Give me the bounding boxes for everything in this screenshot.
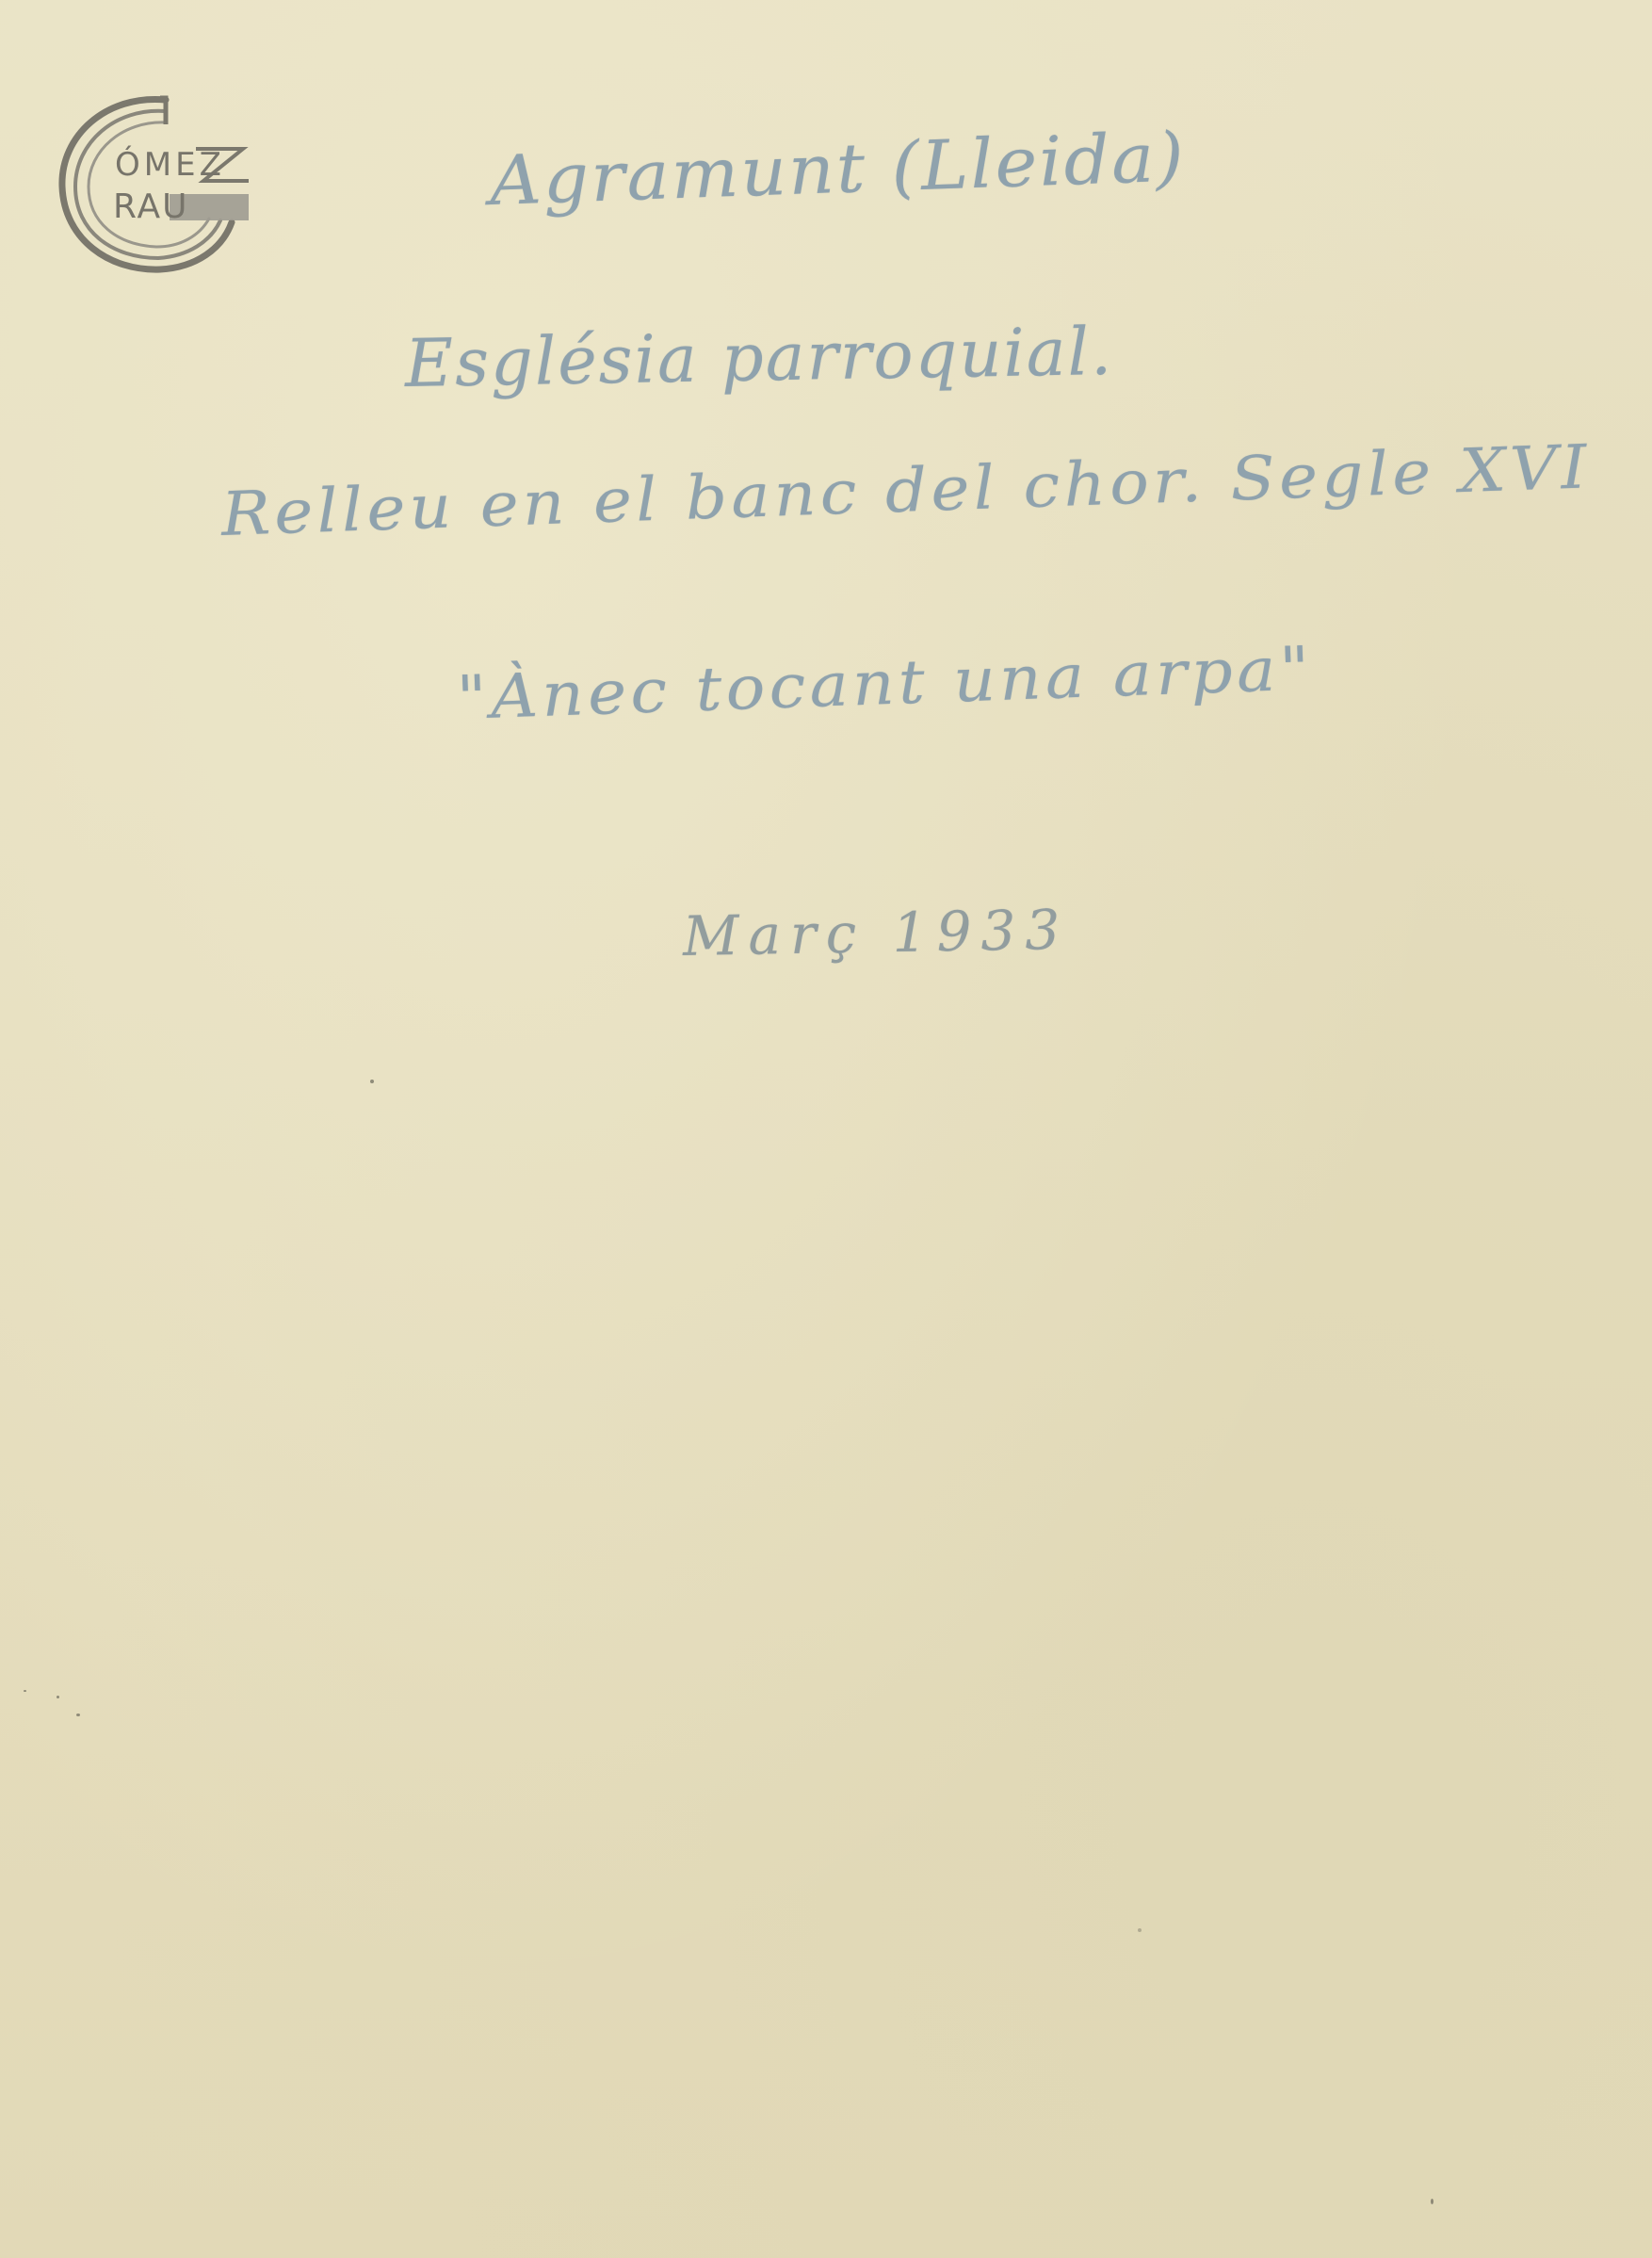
inscription-building: Església parroquial.: [404, 313, 1114, 402]
photo-verso-page: ÓMEZ RAU Agramunt (Lleida) Església parr…: [0, 0, 1652, 2258]
dust-speck: [370, 1080, 374, 1083]
stamp-text-rau: RAU: [113, 190, 189, 224]
inscription-date: Març 1933: [682, 898, 1069, 968]
inscription-location: Agramunt (Lleida): [489, 117, 1188, 220]
dust-speck: [24, 1690, 26, 1692]
dust-speck: [1431, 2199, 1433, 2204]
dust-speck: [1138, 1928, 1142, 1932]
dust-speck: [57, 1696, 59, 1698]
stamp-text-omez: ÓMEZ: [115, 149, 225, 181]
photographer-stamp: ÓMEZ RAU: [55, 90, 252, 275]
dust-speck: [76, 1714, 80, 1716]
inscription-description: Relleu en el banc del chor. Segle XVI: [220, 432, 1592, 550]
inscription-title: "Ànec tocant una arpa": [456, 634, 1315, 734]
